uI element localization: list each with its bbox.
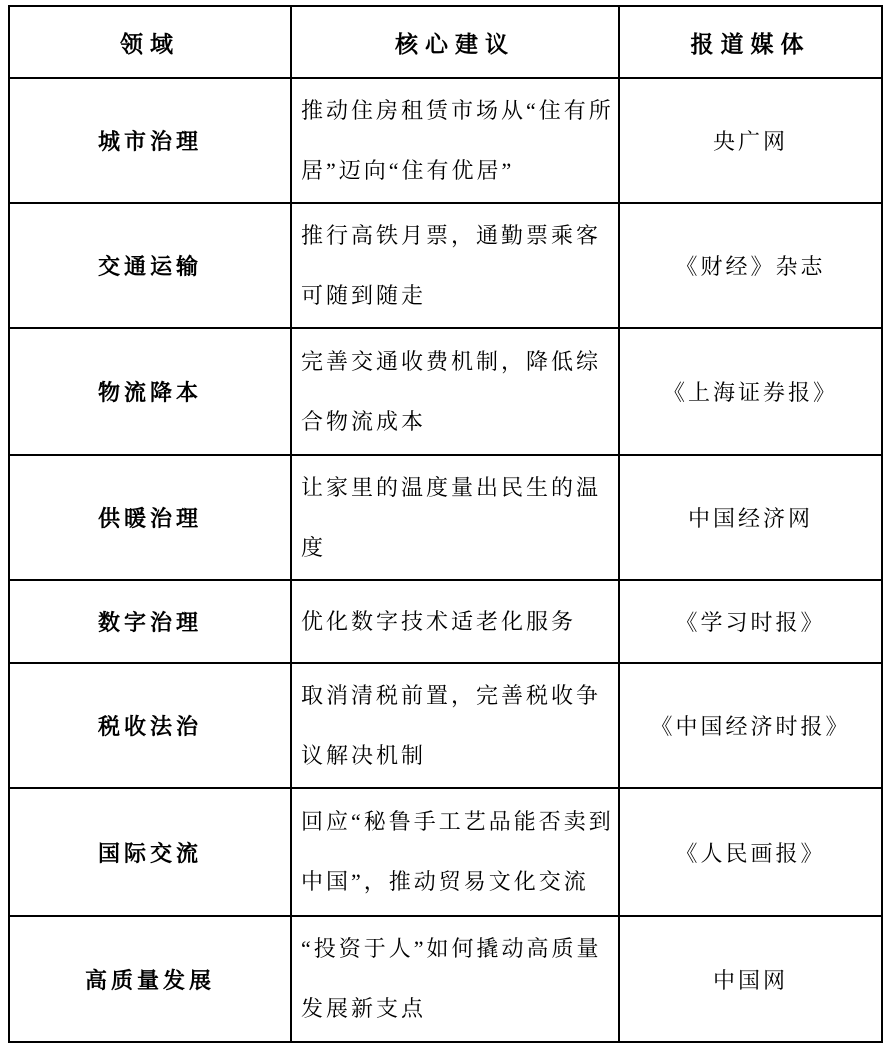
cell-field: 国际交流 [9,788,291,916]
table-row: 交通运输推行高铁月票，通勤票乘客可随到随走《财经》杂志 [9,203,882,328]
cell-media: 中国经济网 [619,455,882,580]
table-row: 供暖治理让家里的温度量出民生的温度中国经济网 [9,455,882,580]
cell-field: 城市治理 [9,78,291,203]
cell-field: 物流降本 [9,328,291,455]
cell-suggestion: 回应“秘鲁手工艺品能否卖到中国”，推动贸易文化交流 [291,788,619,916]
table-row: 城市治理推动住房租赁市场从“住有所居”迈向“住有优居”央广网 [9,78,882,203]
cell-field: 数字治理 [9,580,291,663]
document-page: 领域 核心建议 报道媒体 城市治理推动住房租赁市场从“住有所居”迈向“住有优居”… [0,0,886,1050]
cell-media: 央广网 [619,78,882,203]
cell-suggestion: 让家里的温度量出民生的温度 [291,455,619,580]
cell-suggestion: “投资于人”如何撬动高质量发展新支点 [291,916,619,1042]
cell-media: 《学习时报》 [619,580,882,663]
cell-field: 供暖治理 [9,455,291,580]
table-row: 数字治理优化数字技术适老化服务《学习时报》 [9,580,882,663]
cell-media: 《中国经济时报》 [619,663,882,788]
cell-media: 《上海证券报》 [619,328,882,455]
cell-media: 《财经》杂志 [619,203,882,328]
cell-media: 中国网 [619,916,882,1042]
table-row: 高质量发展“投资于人”如何撬动高质量发展新支点中国网 [9,916,882,1042]
cell-field: 税收法治 [9,663,291,788]
column-header-media: 报道媒体 [619,6,882,78]
cell-suggestion: 优化数字技术适老化服务 [291,580,619,663]
cell-field: 交通运输 [9,203,291,328]
column-header-field: 领域 [9,6,291,78]
table-row: 税收法治取消清税前置，完善税收争议解决机制《中国经济时报》 [9,663,882,788]
table-row: 物流降本完善交通收费机制，降低综合物流成本《上海证券报》 [9,328,882,455]
media-coverage-table: 领域 核心建议 报道媒体 城市治理推动住房租赁市场从“住有所居”迈向“住有优居”… [8,5,883,1043]
cell-suggestion: 推行高铁月票，通勤票乘客可随到随走 [291,203,619,328]
cell-suggestion: 完善交通收费机制，降低综合物流成本 [291,328,619,455]
cell-field: 高质量发展 [9,916,291,1042]
cell-suggestion: 推动住房租赁市场从“住有所居”迈向“住有优居” [291,78,619,203]
cell-media: 《人民画报》 [619,788,882,916]
header-row: 领域 核心建议 报道媒体 [9,6,882,78]
column-header-suggestion: 核心建议 [291,6,619,78]
cell-suggestion: 取消清税前置，完善税收争议解决机制 [291,663,619,788]
table-row: 国际交流回应“秘鲁手工艺品能否卖到中国”，推动贸易文化交流《人民画报》 [9,788,882,916]
table-body: 城市治理推动住房租赁市场从“住有所居”迈向“住有优居”央广网交通运输推行高铁月票… [9,78,882,1042]
table-header: 领域 核心建议 报道媒体 [9,6,882,78]
